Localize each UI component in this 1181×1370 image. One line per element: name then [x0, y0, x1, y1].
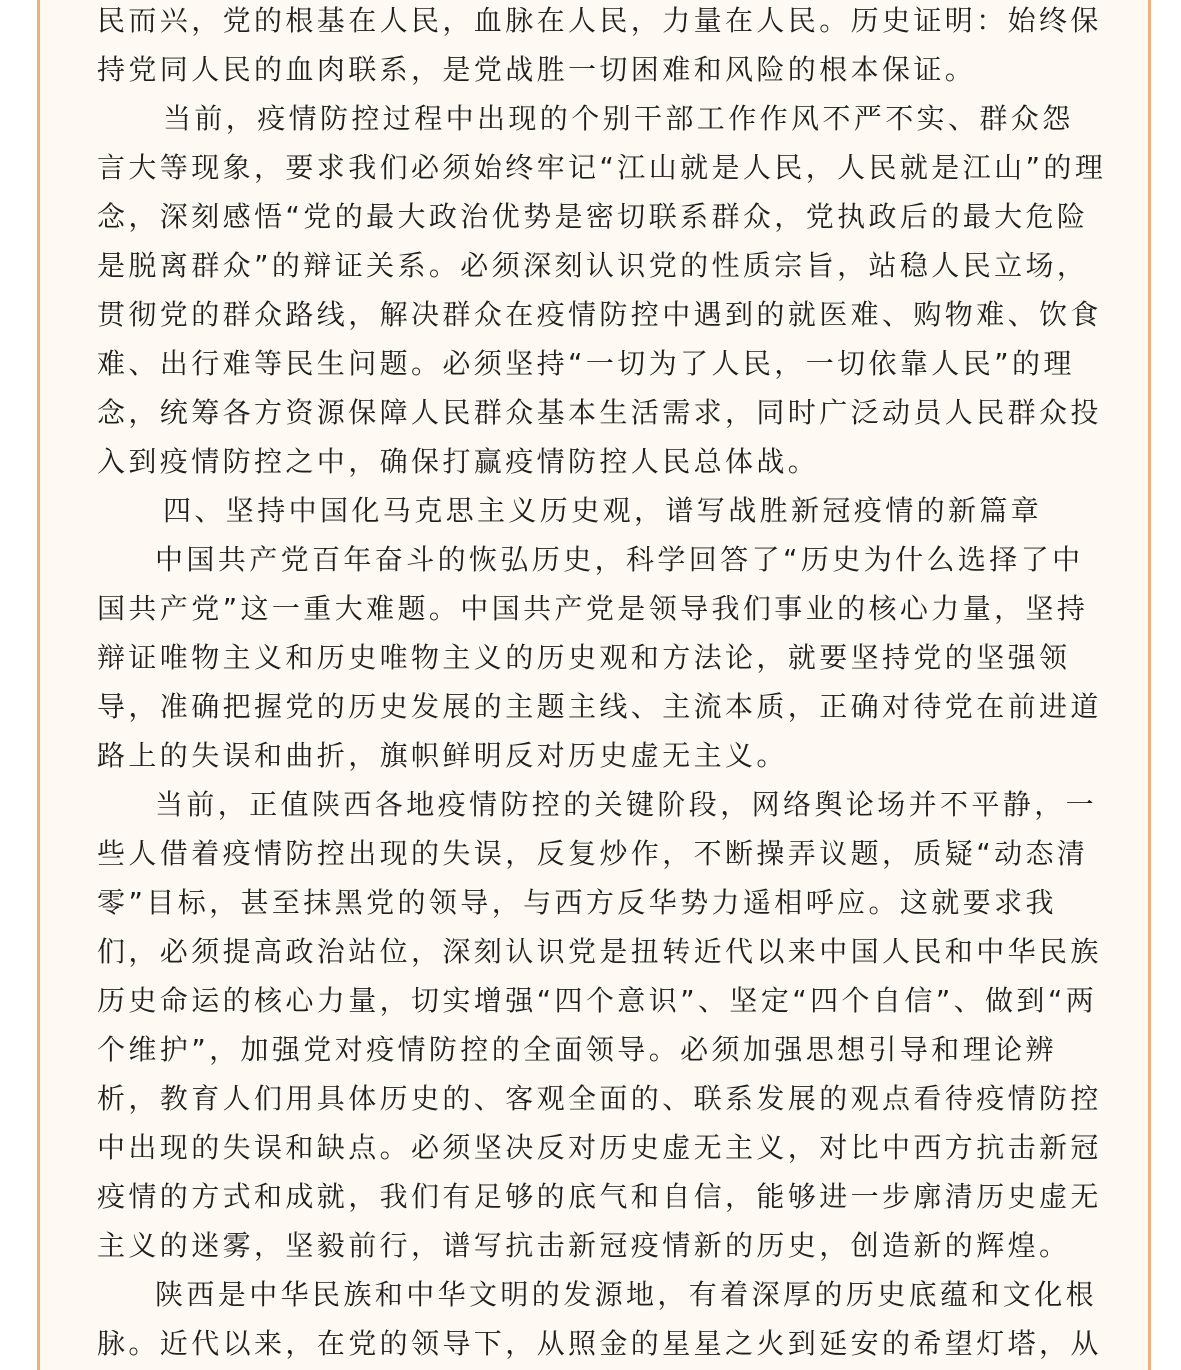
paragraph-start-line: 中国共产党百年奋斗的恢弘历史，科学回答了“历史为什么选择了中: [97, 535, 1092, 584]
text-line: 民而兴，党的根基在人民，血脉在人民，力量在人民。历史证明：始终保: [97, 0, 1092, 45]
text-line: 言大等现象，要求我们必须始终牢记“江山就是人民，人民就是江山”的理: [97, 143, 1092, 192]
text-line: 个维护”，加强党对疫情防控的全面领导。必须加强思想引导和理论辨: [97, 1025, 1092, 1074]
text-line: 念，统筹各方资源保障人民群众基本生活需求，同时广泛动员人民群众投: [97, 388, 1092, 437]
document-page: 民而兴，党的根基在人民，血脉在人民，力量在人民。历史证明：始终保 持党同人民的血…: [37, 0, 1151, 1370]
text-line: 析，教育人们用具体历史的、客观全面的、联系发展的观点看待疫情防控: [97, 1074, 1092, 1123]
article-body: 民而兴，党的根基在人民，血脉在人民，力量在人民。历史证明：始终保 持党同人民的血…: [97, 0, 1092, 1368]
text-line: 入到疫情防控之中，确保打赢疫情防控人民总体战。: [97, 437, 1092, 486]
text-line: 零”目标，甚至抹黑党的领导，与西方反华势力遥相呼应。这就要求我: [97, 878, 1092, 927]
text-line: 是脱离群众”的辩证关系。必须深刻认识党的性质宗旨，站稳人民立场，: [97, 241, 1092, 290]
text-line: 路上的失误和曲折，旗帜鲜明反对历史虚无主义。: [97, 731, 1092, 780]
text-line: 疫情的方式和成就，我们有足够的底气和自信，能够进一步廓清历史虚无: [97, 1172, 1092, 1221]
text-line: 们，必须提高政治站位，深刻认识党是扭转近代以来中国人民和中华民族: [97, 927, 1092, 976]
paragraph-start-line: 当前，正值陕西各地疫情防控的关键阶段，网络舆论场并不平静，一: [97, 780, 1092, 829]
section-heading: 四、坚持中国化马克思主义历史观，谱写战胜新冠疫情的新篇章: [97, 486, 1092, 535]
text-line: 历史命运的核心力量，切实增强“四个意识”、坚定“四个自信”、做到“两: [97, 976, 1092, 1025]
paragraph-start-line: 陕西是中华民族和中华文明的发源地，有着深厚的历史底蕴和文化根: [97, 1270, 1092, 1319]
text-line: 持党同人民的血肉联系，是党战胜一切困难和风险的根本保证。: [97, 45, 1092, 94]
text-line: 主义的迷雾，坚毅前行，谱写抗击新冠疫情新的历史，创造新的辉煌。: [97, 1221, 1092, 1270]
text-line: 中出现的失误和缺点。必须坚决反对历史虚无主义，对比中西方抗击新冠: [97, 1123, 1092, 1172]
text-line: 些人借着疫情防控出现的失误，反复炒作，不断操弄议题，质疑“动态清: [97, 829, 1092, 878]
text-line: 贯彻党的群众路线，解决群众在疫情防控中遇到的就医难、购物难、饮食: [97, 290, 1092, 339]
text-line: 念，深刻感悟“党的最大政治优势是密切联系群众，党执政后的最大危险: [97, 192, 1092, 241]
text-line: 导，准确把握党的历史发展的主题主线、主流本质，正确对待党在前进道: [97, 682, 1092, 731]
text-line: 国共产党”这一重大难题。中国共产党是领导我们事业的核心力量，坚持: [97, 584, 1092, 633]
text-line: 难、出行难等民生问题。必须坚持“一切为了人民，一切依靠人民”的理: [97, 339, 1092, 388]
text-line: 辩证唯物主义和历史唯物主义的历史观和方法论，就要坚持党的坚强领: [97, 633, 1092, 682]
text-line: 脉。近代以来，在党的领导下，从照金的星星之火到延安的希望灯塔，从: [97, 1319, 1092, 1368]
paragraph-start-line: 当前，疫情防控过程中出现的个别干部工作作风不严不实、群众怨: [97, 94, 1092, 143]
